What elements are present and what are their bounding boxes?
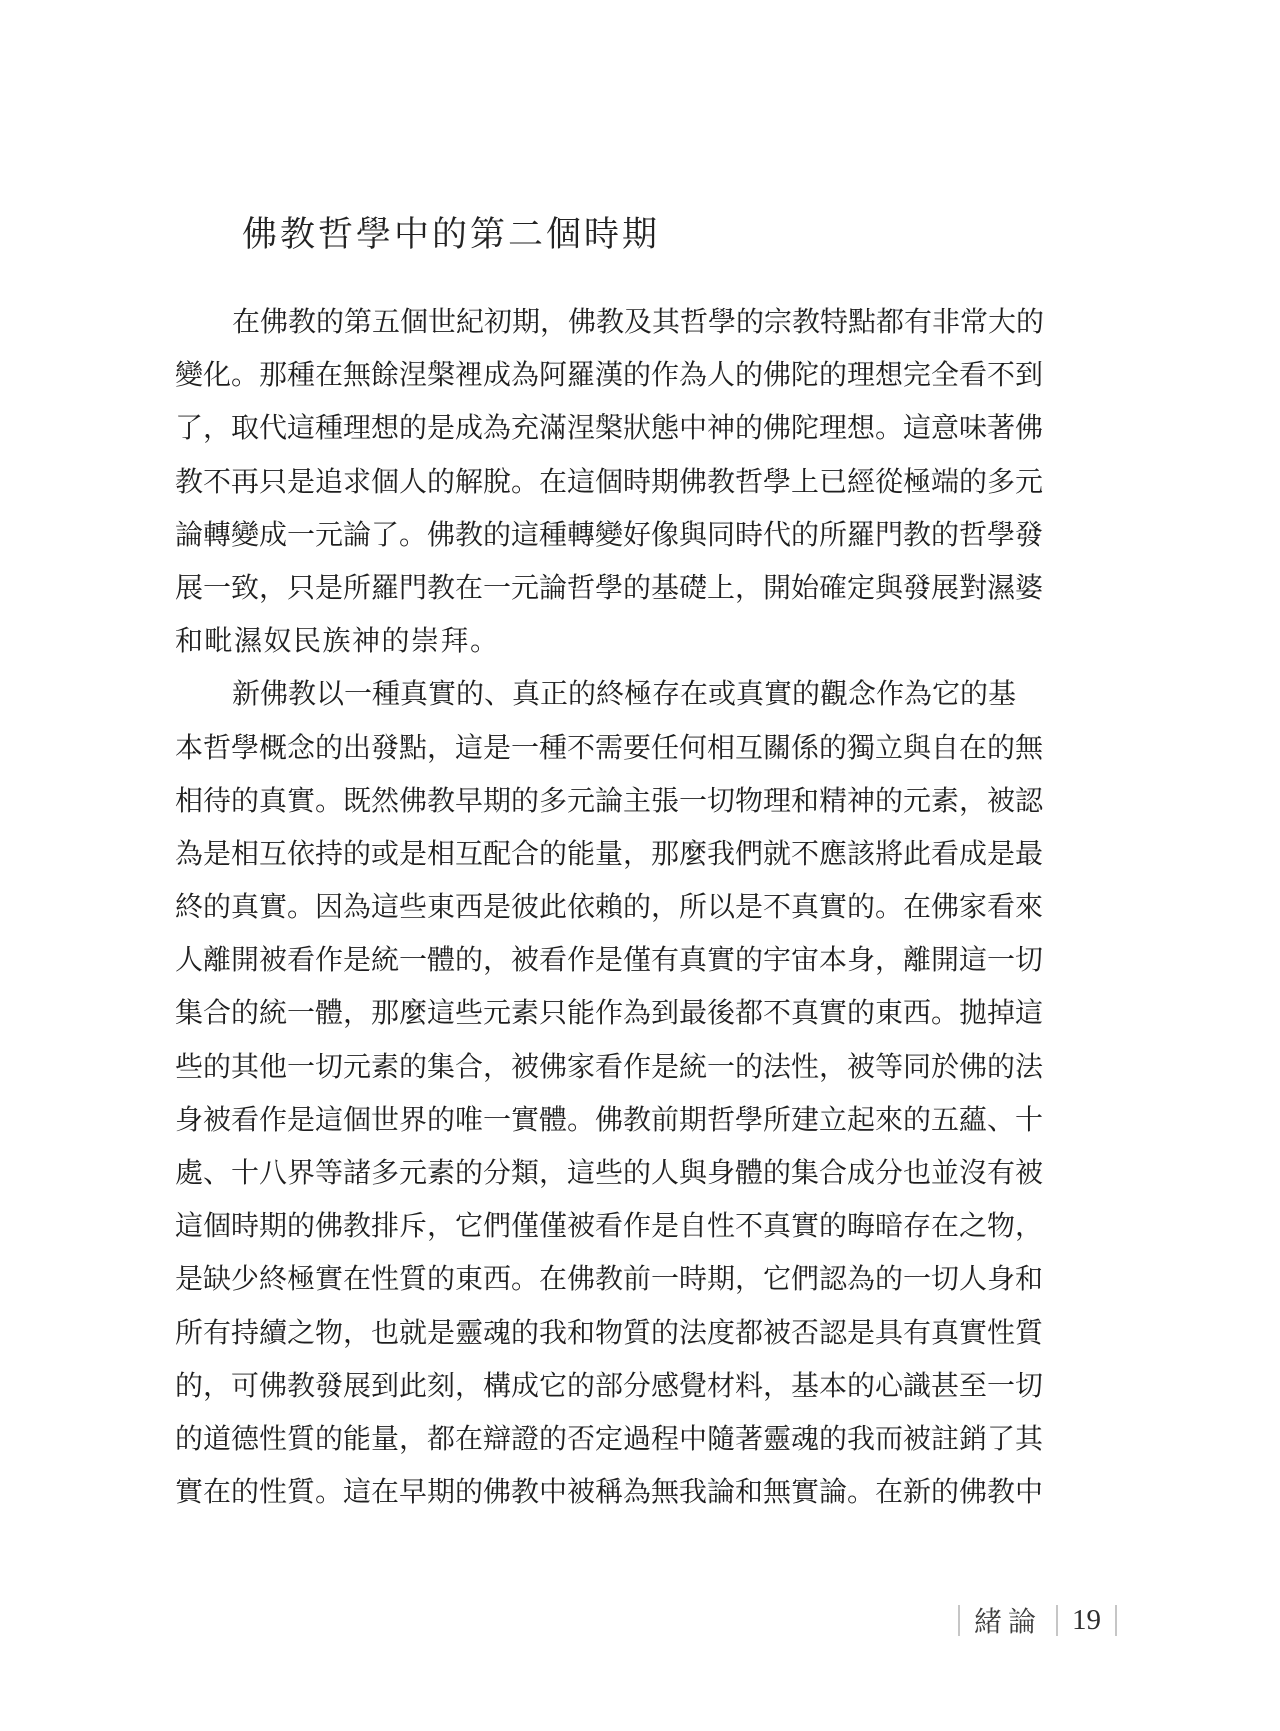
text-line: 集合的統一體，那麼這些元素只能作為到最後都不真實的東西。拋掉這 <box>175 987 1013 1040</box>
text-line: 的道德性質的能量，都在辯證的否定過程中隨著靈魂的我而被註銷了其 <box>175 1413 1013 1466</box>
text-line: 些的其他一切元素的集合，被佛家看作是統一的法性，被等同於佛的法 <box>175 1041 1013 1094</box>
footer-divider <box>958 1605 960 1636</box>
text-line: 身被看作是這個世界的唯一實體。佛教前期哲學所建立起來的五蘊、十 <box>175 1094 1013 1147</box>
text-line: 了，取代這種理想的是成為充滿涅槃狀態中神的佛陀理想。這意味著佛 <box>175 402 1013 455</box>
footer-section-label: 緒論 <box>974 1600 1042 1640</box>
text-line: 新佛教以一種真實的、真正的終極存在或真實的觀念作為它的基 <box>175 668 1013 721</box>
text-line: 相待的真實。既然佛教早期的多元論主張一切物理和精神的元素，被認 <box>175 775 1013 828</box>
text-line: 所有持續之物，也就是靈魂的我和物質的法度都被否認是具有真實性質 <box>175 1307 1013 1360</box>
text-line: 為是相互依持的或是相互配合的能量，那麼我們就不應該將此看成是最 <box>175 828 1013 881</box>
text-line: 變化。那種在無餘涅槃裡成為阿羅漢的作為人的佛陀的理想完全看不到 <box>175 349 1013 402</box>
text-line: 和毗濕奴民族神的崇拜。 <box>175 615 1013 668</box>
text-line: 的，可佛教發展到此刻，構成它的部分感覺材料，基本的心識甚至一切 <box>175 1360 1013 1413</box>
text-line: 處、十八界等諸多元素的分類，這些的人與身體的集合成分也並沒有被 <box>175 1147 1013 1200</box>
text-line: 人離開被看作是統一體的，被看作是僅有真實的宇宙本身，離開這一切 <box>175 934 1013 987</box>
text-line: 實在的性質。這在早期的佛教中被稱為無我論和無實論。在新的佛教中 <box>175 1466 1013 1519</box>
footer-divider <box>1056 1605 1058 1636</box>
text-line: 在佛教的第五個世紀初期，佛教及其哲學的宗教特點都有非常大的 <box>175 296 1013 349</box>
section-heading: 佛教哲學中的第二個時期 <box>242 212 660 258</box>
page-number: 19 <box>1072 1604 1101 1637</box>
page-footer: 緒論 19 <box>958 1598 1117 1642</box>
body-text: 在佛教的第五個世紀初期，佛教及其哲學的宗教特點都有非常大的 變化。那種在無餘涅槃… <box>175 296 1013 1519</box>
text-line: 本哲學概念的出發點，這是一種不需要任何相互關係的獨立與自在的無 <box>175 722 1013 775</box>
footer-divider <box>1115 1605 1117 1636</box>
text-line: 終的真實。因為這些東西是彼此依賴的，所以是不真實的。在佛家看來 <box>175 881 1013 934</box>
text-line: 論轉變成一元論了。佛教的這種轉變好像與同時代的所羅門教的哲學發 <box>175 509 1013 562</box>
text-line: 這個時期的佛教排斥，它們僅僅被看作是自性不真實的晦暗存在之物， <box>175 1200 1013 1253</box>
book-page: 佛教哲學中的第二個時期 在佛教的第五個世紀初期，佛教及其哲學的宗教特點都有非常大… <box>0 0 1280 1731</box>
text-line: 是缺少終極實在性質的東西。在佛教前一時期，它們認為的一切人身和 <box>175 1253 1013 1306</box>
text-line: 教不再只是追求個人的解脫。在這個時期佛教哲學上已經從極端的多元 <box>175 456 1013 509</box>
text-line: 展一致，只是所羅門教在一元論哲學的基礎上，開始確定與發展對濕婆 <box>175 562 1013 615</box>
